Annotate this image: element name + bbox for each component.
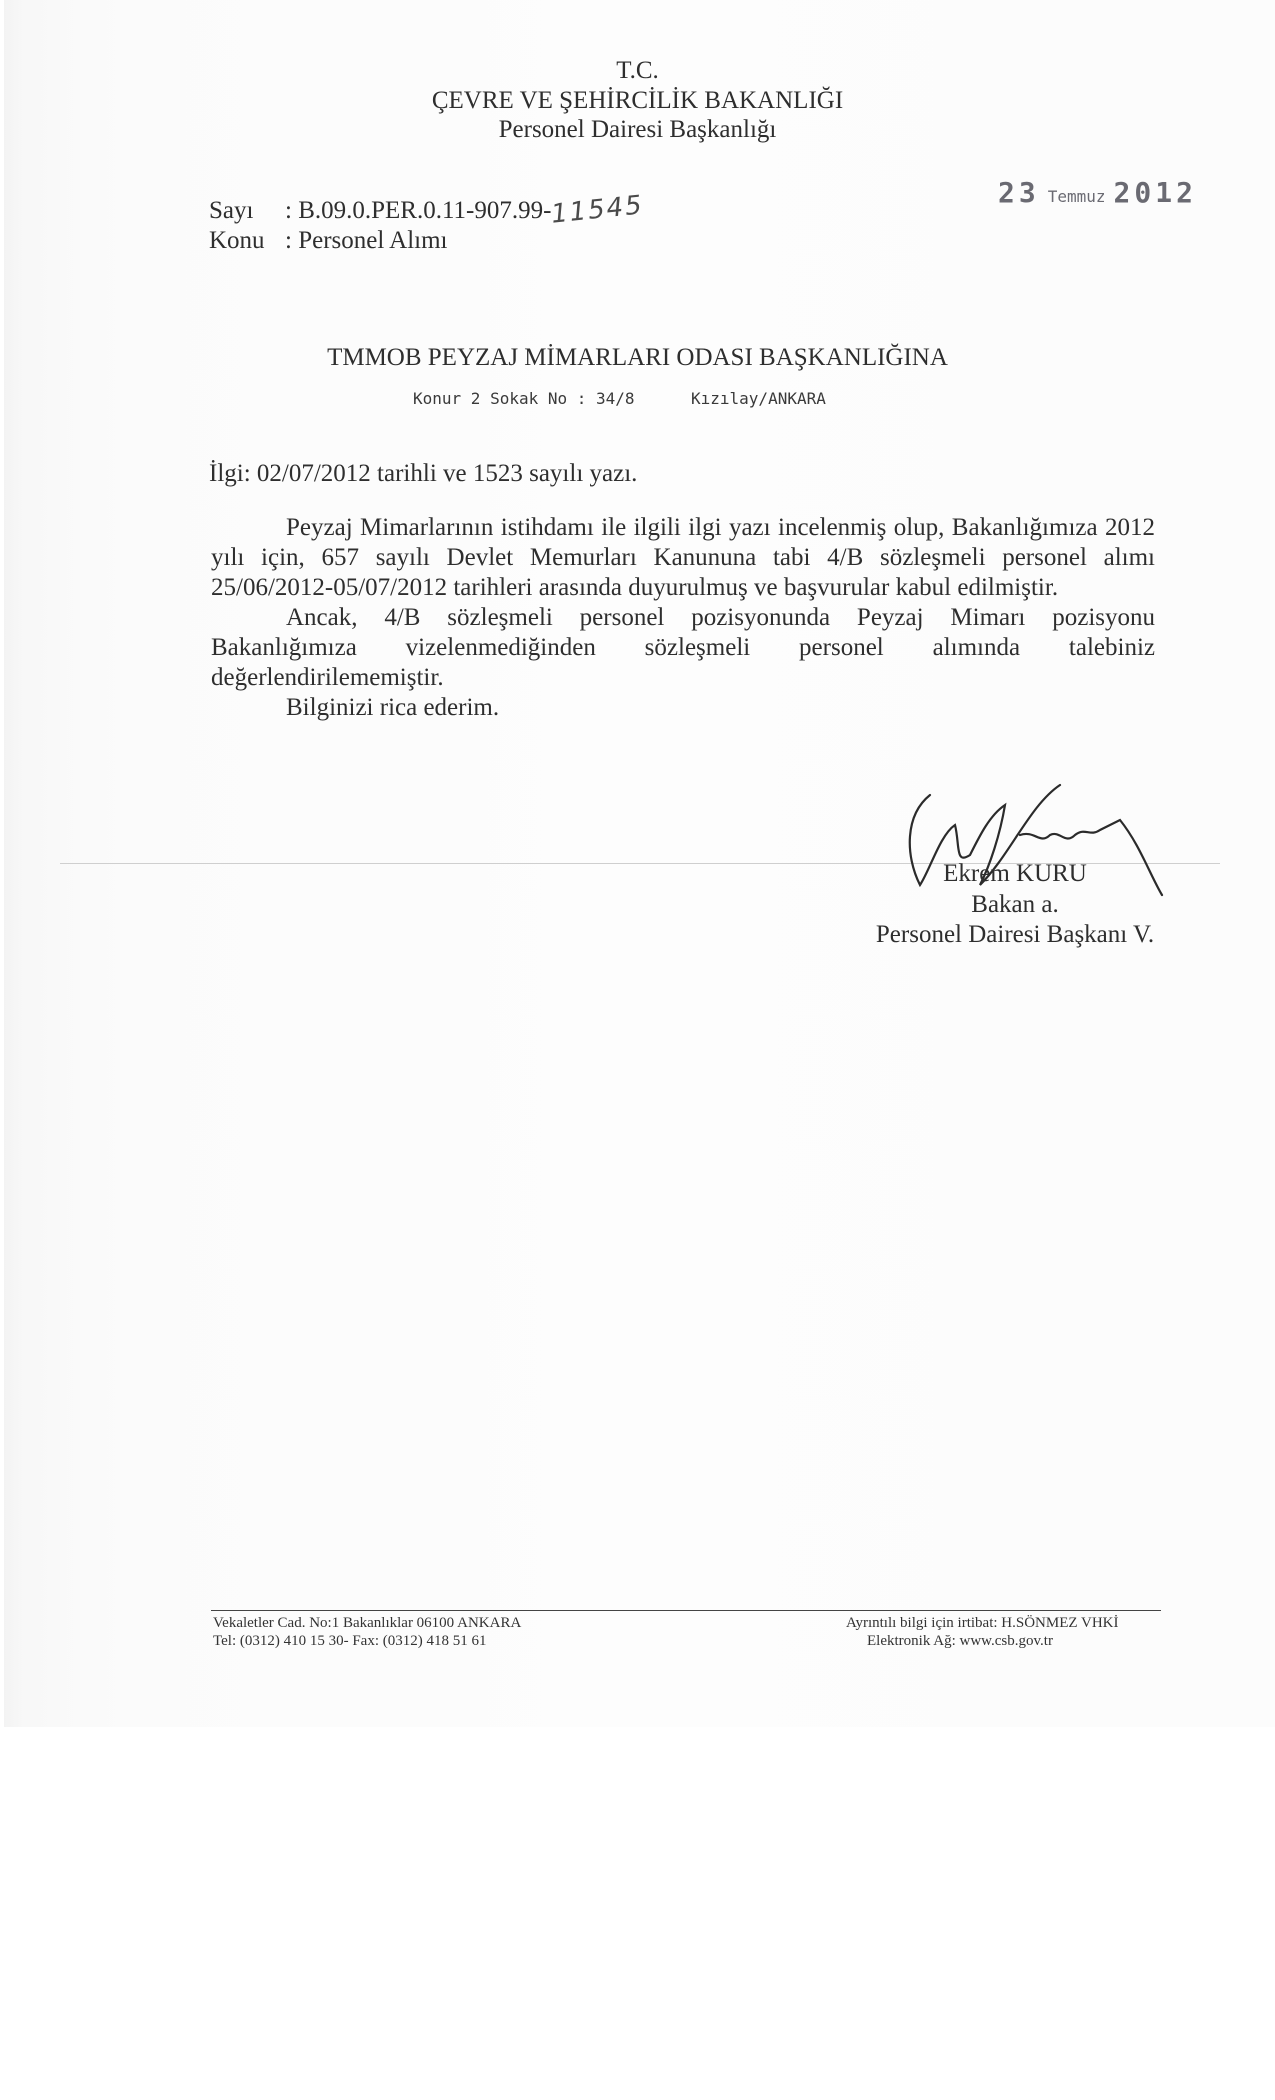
ministry-name: ÇEVRE VE ŞEHİRCİLİK BAKANLIĞI: [0, 86, 1275, 116]
footer-divider: [211, 1610, 1161, 1611]
konu-value: : Personel Alımı: [285, 227, 448, 254]
stamp-month: Temmuz: [1048, 187, 1106, 206]
stamp-year: 2012: [1114, 176, 1197, 209]
footer-phone: Tel: (0312) 410 15 30- Fax: (0312) 418 5…: [213, 1632, 487, 1650]
signatory-title: Personel Dairesi Başkanı V.: [850, 919, 1180, 951]
footer-website: Elektronik Ağ: www.csb.gov.tr: [867, 1632, 1053, 1650]
letterhead-tc: T.C.: [0, 56, 1275, 86]
footer-contact: Ayrıntılı bilgi için irtibat: H.SÖNMEZ V…: [846, 1614, 1119, 1632]
paragraph-3: Bilginizi rica ederim.: [211, 693, 1155, 723]
konu-label: Konu: [209, 226, 285, 256]
stamp-day: 23: [998, 176, 1040, 209]
recipient-city: Kızılay/ANKARA: [691, 389, 826, 408]
sayi-value: : B.09.0.PER.0.11-907.99-: [285, 197, 551, 224]
recipient-address: Konur 2 Sokak No : 34/8: [413, 389, 635, 408]
footer-address: Vekaletler Cad. No:1 Bakanlıklar 06100 A…: [213, 1614, 521, 1632]
letter-body: Peyzaj Mimarlarının istihdamı ile ilgili…: [211, 513, 1155, 723]
sayi-handwritten-number: 11545: [550, 190, 645, 230]
department-name: Personel Dairesi Başkanlığı: [0, 115, 1275, 145]
signatory-name: Ekrem KURU: [850, 858, 1180, 890]
sayi-label: Sayı: [209, 196, 285, 226]
ilgi-reference: İlgi: 02/07/2012 tarihli ve 1523 sayılı …: [209, 459, 637, 489]
sayi-row: Sayı: B.09.0.PER.0.11-907.99-11545: [209, 195, 644, 226]
konu-row: Konu: Personel Alımı: [209, 226, 448, 256]
date-stamp: 23Temmuz2012: [998, 176, 1197, 209]
paragraph-1: Peyzaj Mimarlarının istihdamı ile ilgili…: [211, 513, 1155, 603]
paragraph-2: Ancak, 4/B sözleşmeli personel pozisyonu…: [211, 603, 1155, 693]
signatory-role: Bakan a.: [850, 889, 1180, 921]
recipient-name: TMMOB PEYZAJ MİMARLARI ODASI BAŞKANLIĞIN…: [0, 343, 1275, 373]
